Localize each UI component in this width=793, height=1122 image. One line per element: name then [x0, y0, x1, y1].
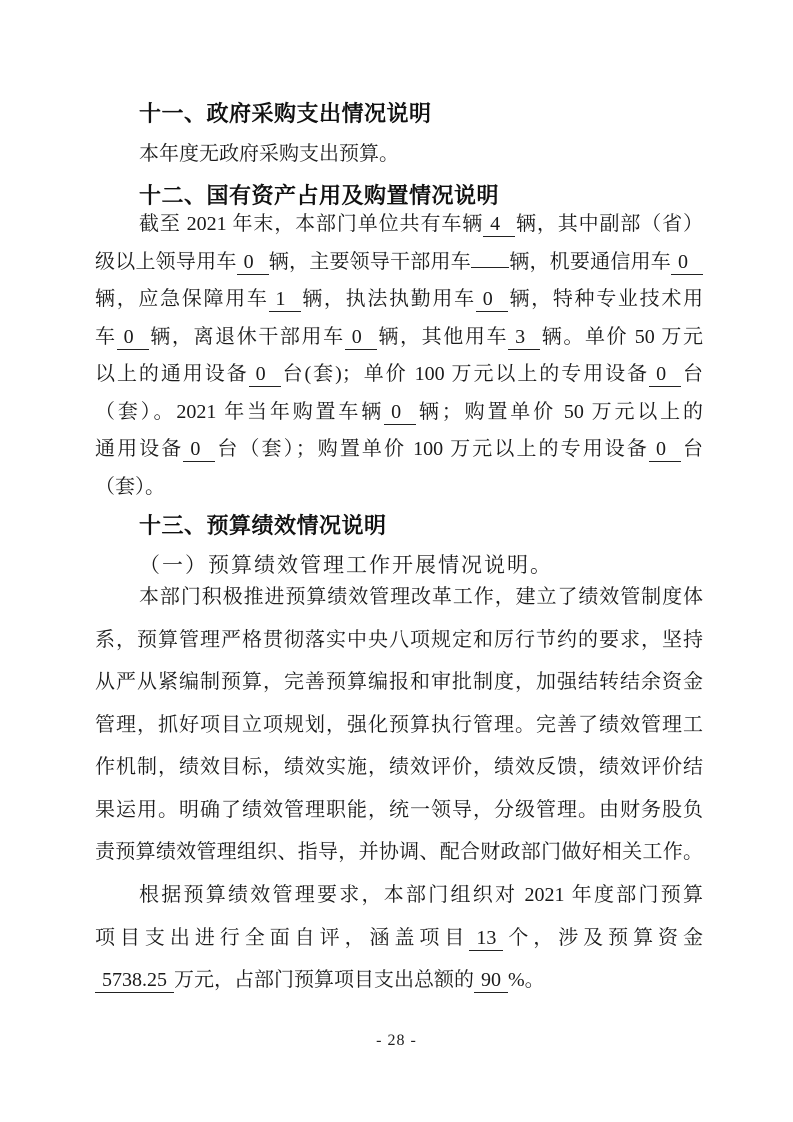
underlined-blank-value: 0	[237, 251, 269, 275]
section-11-heading: 十一、政府采购支出情况说明	[95, 100, 747, 130]
underlined-blank-value: 0	[249, 363, 281, 387]
underlined-blank-value: 0	[345, 326, 377, 350]
document-page: 十一、政府采购支出情况说明 本年度无政府采购支出预算。 十二、国有资产占用及购置…	[0, 0, 793, 1122]
performance-paragraph-2: 根据预算绩效管理要求，本部门组织对 2021 年度部门预算 项目支出进行全面自评…	[95, 874, 703, 1002]
underlined-blank-value: 4	[483, 213, 515, 237]
underlined-blank-value: 13	[469, 927, 503, 951]
text-line: 级以上领导用车0辆，主要领导干部用车辆，机要通信用车0	[95, 244, 703, 282]
underlined-blank-value: 0	[649, 438, 681, 462]
underlined-blank-value: 0	[476, 288, 508, 312]
underlined-blank-value: 0	[117, 326, 149, 350]
text-line: 本部门积极推进预算绩效管理改革工作，建立了绩效管制度体	[95, 576, 703, 619]
text-line: 果运用。明确了绩效管理职能，统一领导，分级管理。由财务股负	[95, 789, 703, 832]
text-line: （套）。2021 年当年购置车辆0辆；购置单价 50 万元以上的	[95, 394, 703, 432]
text-line: 项目支出进行全面自评，涵盖项目13个，涉及预算资金	[95, 917, 703, 960]
underlined-blank-value	[471, 267, 509, 268]
text-line: （套）。	[95, 469, 703, 507]
section-13-heading: 十三、预算绩效情况说明	[95, 512, 747, 542]
underlined-blank-value: 1	[269, 288, 301, 312]
performance-paragraph-1: 本部门积极推进预算绩效管理改革工作，建立了绩效管制度体 系，预算管理严格贯彻落实…	[95, 576, 703, 874]
text-line: 系，预算管理严格贯彻落实中央八项规定和厉行节约的要求，坚持	[95, 619, 703, 662]
text-line: 辆，应急保障用车1辆，执法执勤用车0辆，特种专业技术用	[95, 281, 703, 319]
section-12-paragraph: 截至 2021 年末，本部门单位共有车辆4辆，其中副部（省） 级以上领导用车0辆…	[95, 206, 703, 506]
section-11-body: 本年度无政府采购支出预算。	[95, 136, 703, 174]
text-line: 管理，抓好项目立项规划，强化预算执行管理。完善了绩效管理工	[95, 704, 703, 747]
text-line: 作机制，绩效目标，绩效实施，绩效评价，绩效反馈，绩效评价结	[95, 746, 703, 789]
underlined-blank-value: 0	[671, 251, 703, 275]
underlined-blank-value: 90	[474, 969, 508, 993]
underlined-blank-value: 0	[183, 438, 215, 462]
text-line: 5738.25万元，占部门预算项目支出总额的90%。	[95, 959, 703, 1002]
text-line: 截至 2021 年末，本部门单位共有车辆4辆，其中副部（省）	[95, 206, 703, 244]
underlined-blank-value: 0	[384, 401, 416, 425]
underlined-blank-value: 5738.25	[95, 969, 174, 993]
text-line: 通用设备0台（套）；购置单价 100 万元以上的专用设备0台	[95, 431, 703, 469]
text-line: 车0辆，离退休干部用车0辆，其他用车3辆。单价 50 万元	[95, 319, 703, 357]
text-line: 责预算绩效管理组织、指导，并协调、配合财政部门做好相关工作。	[95, 831, 703, 874]
text-line: 从严从紧编制预算，完善预算编报和审批制度，加强结转结余资金	[95, 661, 703, 704]
text-line: 根据预算绩效管理要求，本部门组织对 2021 年度部门预算	[95, 874, 703, 917]
page-number: - 28 -	[0, 1032, 793, 1050]
underlined-blank-value: 0	[649, 363, 681, 387]
text-line: 以上的通用设备0台(套)；单价 100 万元以上的专用设备0台	[95, 356, 703, 394]
underlined-blank-value: 3	[508, 326, 540, 350]
